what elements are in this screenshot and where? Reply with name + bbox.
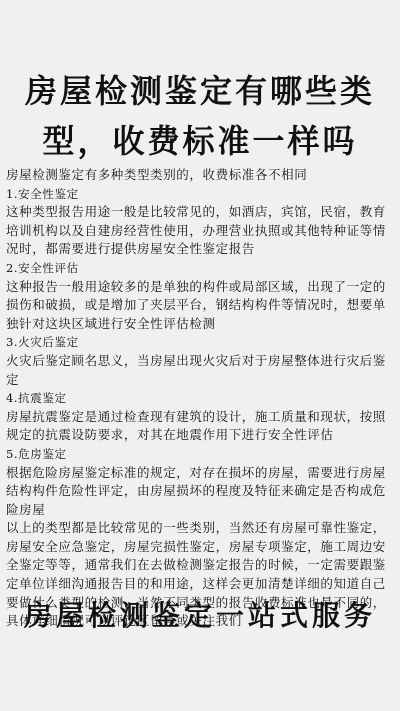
article-body: 房屋检测鉴定有多种类型类别的，收费标准各不相同 1.安全性鉴定 这种类型报告用途…	[6, 166, 396, 631]
title-line-2: 型，收费标准一样吗	[0, 116, 400, 166]
section-heading-assessment: 2.安全性评估	[6, 259, 396, 278]
section-text-seismic: 房屋抗震鉴定是通过检查现有建筑的设计，施工质量和现状，按照规定的抗震设防要求，对…	[6, 408, 396, 445]
section-heading-safety: 1.安全性鉴定	[6, 185, 396, 204]
section-heading-fire: 3.火灾后鉴定	[6, 333, 396, 352]
section-text-dangerous: 根据危险房屋鉴定标准的规定，对存在损坏的房屋，需要进行房屋结构构件危险性评定，由…	[6, 464, 396, 520]
section-heading-dangerous: 5.危房鉴定	[6, 445, 396, 464]
page-title: 房屋检测鉴定有哪些类 型，收费标准一样吗	[0, 66, 400, 166]
intro-text: 房屋检测鉴定有多种类型类别的，收费标准各不相同	[6, 166, 396, 185]
section-text-assessment: 这种报告一般用途较多的是单独的构件或局部区域，出现了一定的损伤和破损，或是增加了…	[6, 278, 396, 334]
section-text-fire: 火灾后鉴定顾名思义，当房屋出现火灾后对于房屋整体进行灾后鉴定	[6, 352, 396, 389]
footer-slogan: 房屋检测鉴定一站式服务	[0, 596, 400, 636]
title-line-1: 房屋检测鉴定有哪些类	[0, 66, 400, 116]
article-page: 房屋检测鉴定有哪些类 型，收费标准一样吗 房屋检测鉴定有多种类型类别的，收费标准…	[0, 0, 400, 711]
section-heading-seismic: 4.抗震鉴定	[6, 389, 396, 408]
section-text-safety: 这种类型报告用途一般是比较常见的，如酒店，宾馆，民宿，教育培训机构以及自建房经营…	[6, 203, 396, 259]
